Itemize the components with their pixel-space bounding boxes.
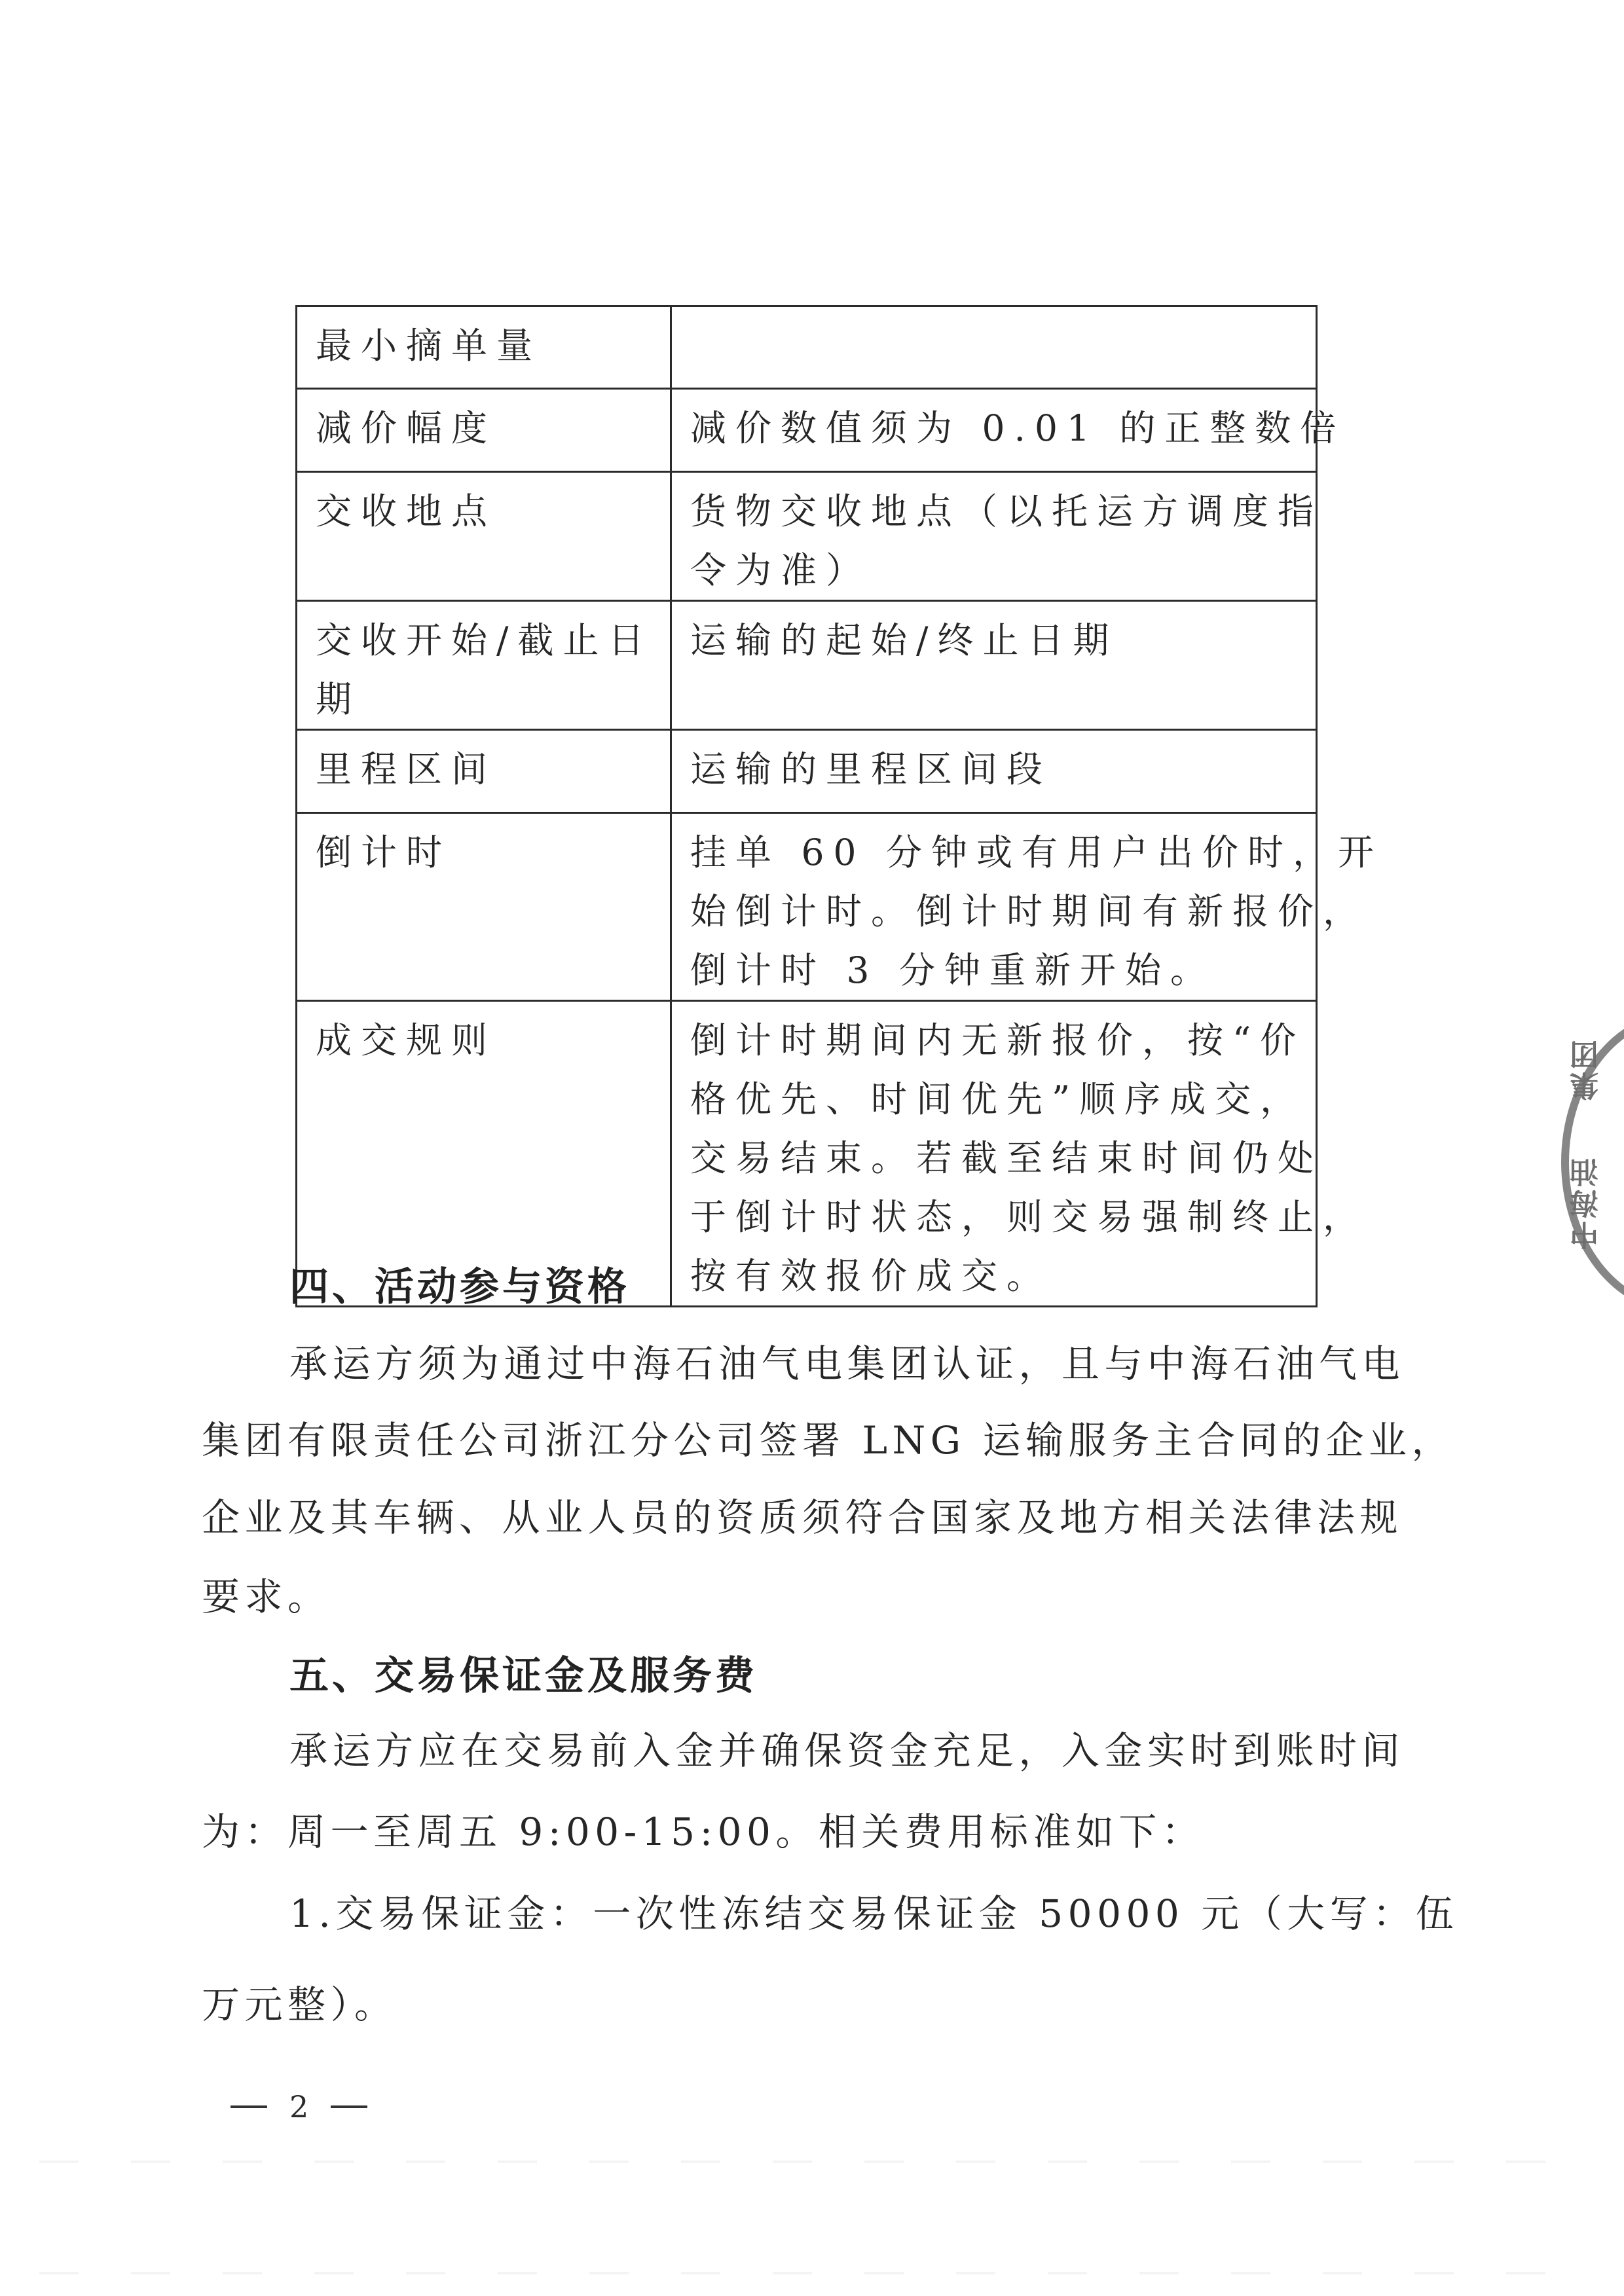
table-value-cell: 货物交收地点（以托运方调度指 令为准） [671, 472, 1317, 601]
label-text: 交收地点 [316, 482, 670, 541]
terms-table: 最小摘单量 减价幅度 减价数值须为 0.01 的正整数倍 交收地点 [295, 305, 1318, 1307]
value-text: 挂单 60 分钟或有用户出价时，开 [690, 823, 1316, 882]
table-label-cell: 交收地点 [297, 472, 671, 601]
seal-text-bottom: 中海油 [1566, 1156, 1608, 1250]
table-label-cell: 减价幅度 [297, 389, 671, 472]
label-text: 最小摘单量 [316, 316, 670, 375]
scan-artifact [39, 2160, 1598, 2163]
table-label-cell: 最小摘单量 [297, 306, 671, 389]
label-text: 里程区间 [316, 740, 670, 799]
value-text: 于倒计时状态，则交易强制终止， [690, 1188, 1316, 1247]
table-label-cell: 倒计时 [297, 813, 671, 1001]
table-row: 最小摘单量 [297, 306, 1317, 389]
paragraph-line: 承运方须为通过中海石油气电集团认证，且与中海石油气电 [289, 1324, 1406, 1403]
paragraph-line: 1.交易保证金：一次性冻结交易保证金 50000 元（大写：伍 [289, 1874, 1406, 1953]
seal-text-top: 集团 [1566, 1038, 1608, 1101]
paragraph-line: 集团有限责任公司浙江分公司签署 LNG 运输服务主合同的企业， [202, 1401, 1406, 1480]
label-text: 期 [316, 670, 670, 729]
value-text: 格优先、时间优先”顺序成交， [690, 1070, 1316, 1129]
page-number-value: 2 [289, 2088, 308, 2125]
table-value-cell: 运输的起始/终止日期 [671, 601, 1317, 730]
label-text: 成交规则 [316, 1011, 670, 1070]
section-4-heading: 四、活动参与资格 [289, 1248, 1406, 1326]
value-text: 倒计时期间内无新报价，按“价 [690, 1011, 1316, 1070]
value-text: 货物交收地点（以托运方调度指 [690, 482, 1316, 541]
page-number: 2 [231, 2088, 367, 2125]
table-value-cell: 运输的里程区间段 [671, 730, 1317, 813]
scan-artifact [39, 2272, 1598, 2274]
label-text: 减价幅度 [316, 399, 670, 458]
table-row: 交收地点 货物交收地点（以托运方调度指 令为准） [297, 472, 1317, 601]
paragraph-line: 承运方应在交易前入金并确保资金充足，入金实时到账时间 [289, 1711, 1406, 1790]
value-text: 倒计时 3 分钟重新开始。 [690, 941, 1316, 1000]
paragraph-line: 企业及其车辆、从业人员的资质须符合国家及地方相关法律法规 [202, 1478, 1406, 1557]
dash-right [331, 2105, 367, 2108]
paragraph-line: 为：周一至周五 9:00-15:00。相关费用标准如下： [202, 1793, 1406, 1871]
table-label-cell: 里程区间 [297, 730, 671, 813]
table-value-cell: 减价数值须为 0.01 的正整数倍 [671, 389, 1317, 472]
paragraph-line: 要求。 [202, 1558, 1406, 1636]
table-row: 减价幅度 减价数值须为 0.01 的正整数倍 [297, 389, 1317, 472]
table-row: 里程区间 运输的里程区间段 [297, 730, 1317, 813]
value-text: 运输的里程区间段 [690, 740, 1316, 799]
table-label-cell: 交收开始/截止日 期 [297, 601, 671, 730]
table-row: 倒计时 挂单 60 分钟或有用户出价时，开 始倒计时。倒计时期间有新报价， 倒计… [297, 813, 1317, 1001]
value-text: 始倒计时。倒计时期间有新报价， [690, 882, 1316, 941]
value-text: 交易结束。若截至结束时间仍处 [690, 1129, 1316, 1188]
label-text: 倒计时 [316, 823, 670, 882]
dash-left [231, 2105, 267, 2108]
label-text: 交收开始/截止日 [316, 611, 670, 670]
table-value-cell [671, 306, 1317, 389]
value-text: 减价数值须为 0.01 的正整数倍 [690, 399, 1316, 458]
section-5-heading: 五、交易保证金及服务费 [289, 1637, 1406, 1715]
value-text: 运输的起始/终止日期 [690, 611, 1316, 670]
table-value-cell: 挂单 60 分钟或有用户出价时，开 始倒计时。倒计时期间有新报价， 倒计时 3 … [671, 813, 1317, 1001]
table-row: 交收开始/截止日 期 运输的起始/终止日期 [297, 601, 1317, 730]
value-text: 令为准） [690, 541, 1316, 600]
paragraph-line: 万元整）。 [202, 1965, 1406, 2044]
